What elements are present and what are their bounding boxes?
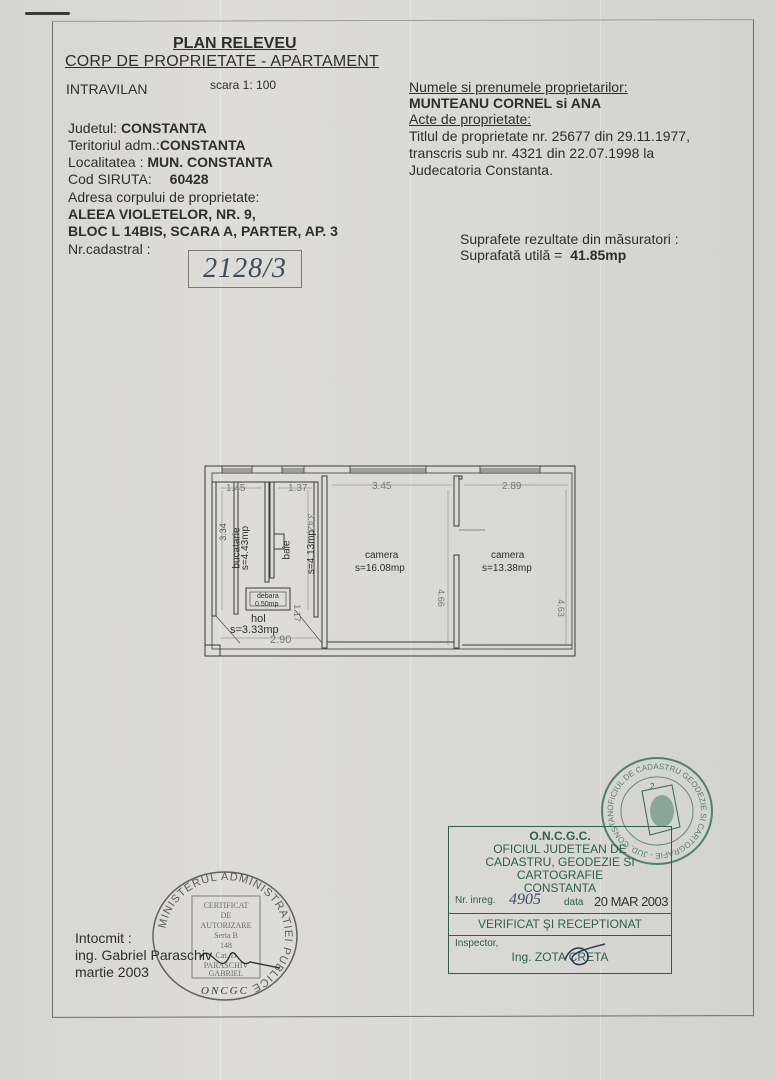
authorization-stamp: MINISTERUL ADMINISTRATIEI PUBLICE CERTIF… bbox=[150, 870, 300, 1002]
stamp-reg-row: Nr. inreg. 4905 data 20 MAR 2003 bbox=[449, 895, 671, 913]
localitate-value: MUN. CONSTANTA bbox=[147, 154, 272, 170]
dim-hol-length: 1.17 bbox=[289, 604, 305, 622]
cert-line2: DE bbox=[221, 911, 232, 920]
room-camera2-area: s=13.38mp bbox=[482, 561, 532, 577]
floor-plan: 1.45 1.37 3.45 2.89 3.34 3.42 4.66 4.63 … bbox=[200, 460, 580, 660]
adresa-line2: BLOC L 14BIS, SCARA A, PARTER, AP. 3 bbox=[68, 223, 338, 239]
teritoriu-label: Teritoriul adm.: bbox=[68, 137, 160, 153]
acts-line2: transcris sub nr. 4321 din 22.07.1998 la bbox=[409, 145, 654, 161]
zone-label: INTRAVILAN bbox=[66, 81, 147, 97]
room-baie-area: s=4.13mp bbox=[304, 530, 320, 574]
cert-line5: 148 bbox=[220, 941, 232, 950]
cert-line4: Seria B bbox=[214, 931, 238, 940]
verified-label: VERIFICAT ŞI RECEPTIONAT bbox=[449, 914, 671, 935]
siruta-row: Cod SIRUTA: 60428 bbox=[68, 171, 209, 187]
teritoriu-row: Teritoriul adm.:CONSTANTA bbox=[68, 137, 246, 153]
dim-bucatarie-length: 3.34 bbox=[215, 523, 231, 541]
dim-bucatarie-width: 1.45 bbox=[226, 481, 245, 497]
acts-line1: Titlul de proprietate nr. 25677 din 29.1… bbox=[409, 128, 690, 144]
useful-surface-value: 41.85mp bbox=[570, 247, 626, 263]
judet-label: Judetul: bbox=[68, 120, 117, 136]
adresa-line1: ALEEA VIOLETELOR, NR. 9, bbox=[68, 206, 256, 222]
owners-label: Numele si prenumele proprietarilor: bbox=[409, 79, 628, 95]
cert-line8: GABRIEL bbox=[209, 969, 244, 978]
room-hol-area: s=3.33mp bbox=[230, 622, 279, 638]
owners-names: MUNTEANU CORNEL si ANA bbox=[409, 95, 601, 111]
cert-line1: CERTIFICAT bbox=[204, 901, 249, 910]
inspector-signature bbox=[560, 940, 610, 970]
room-bucatarie-area: s=4.43mp bbox=[238, 526, 254, 570]
reg-label: Nr. inreg. bbox=[455, 895, 496, 906]
dim-baie-width: 1.37 bbox=[288, 481, 307, 497]
scale-label: scara 1: 100 bbox=[210, 77, 276, 93]
stamp-bottom-text: ONCGC bbox=[201, 985, 249, 997]
surface-label: Suprafete rezultate din măsuratori : bbox=[460, 231, 679, 247]
round-stamp-number: 2 bbox=[650, 782, 655, 791]
cadastral-label: Nr.cadastral : bbox=[68, 241, 150, 257]
localitate-row: Localitatea : MUN. CONSTANTA bbox=[68, 154, 273, 170]
dim-camera1-width: 3.45 bbox=[372, 479, 391, 495]
dim-camera1-length: 4.66 bbox=[433, 589, 449, 607]
acts-line3: Judecatoria Constanta. bbox=[409, 162, 553, 178]
document-page: PLAN RELEVEU CORP DE PROPRIETATE - APART… bbox=[0, 0, 775, 1080]
reg-number: 4905 bbox=[509, 891, 541, 909]
document-title: PLAN RELEVEU bbox=[173, 36, 297, 52]
document-subtitle: CORP DE PROPRIETATE - APARTAMENT bbox=[65, 54, 379, 70]
dim-baie-length: 3.42 bbox=[303, 513, 319, 531]
siruta-label: Cod SIRUTA: bbox=[68, 171, 152, 187]
teritoriu-value: CONSTANTA bbox=[160, 137, 246, 153]
dim-camera2-width: 2.89 bbox=[502, 479, 521, 495]
judet-row: Judetul: CONSTANTA bbox=[68, 120, 207, 136]
surface-row: Suprafată utilă = 41.85mp bbox=[460, 247, 626, 263]
localitate-label: Localitatea : bbox=[68, 154, 144, 170]
pen-mark bbox=[25, 12, 70, 15]
author-label: Intocmit : bbox=[75, 930, 132, 946]
acts-label: Acte de proprietate: bbox=[409, 111, 531, 127]
date-label: data bbox=[564, 897, 583, 908]
room-camera1-area: s=16.08mp bbox=[355, 561, 405, 577]
date-value: 20 MAR 2003 bbox=[594, 894, 668, 909]
dim-camera2-length: 4.63 bbox=[553, 599, 569, 617]
author-date: martie 2003 bbox=[75, 964, 149, 980]
useful-surface-label: Suprafată utilă = bbox=[460, 247, 562, 263]
room-baie-name: baie bbox=[279, 541, 295, 560]
cert-line3: AUTORIZARE bbox=[201, 921, 252, 930]
cadastral-number: 2128/3 bbox=[188, 250, 302, 288]
adresa-label: Adresa corpului de proprietate: bbox=[68, 189, 259, 205]
siruta-value: 60428 bbox=[170, 171, 209, 187]
judet-value: CONSTANTA bbox=[121, 120, 207, 136]
